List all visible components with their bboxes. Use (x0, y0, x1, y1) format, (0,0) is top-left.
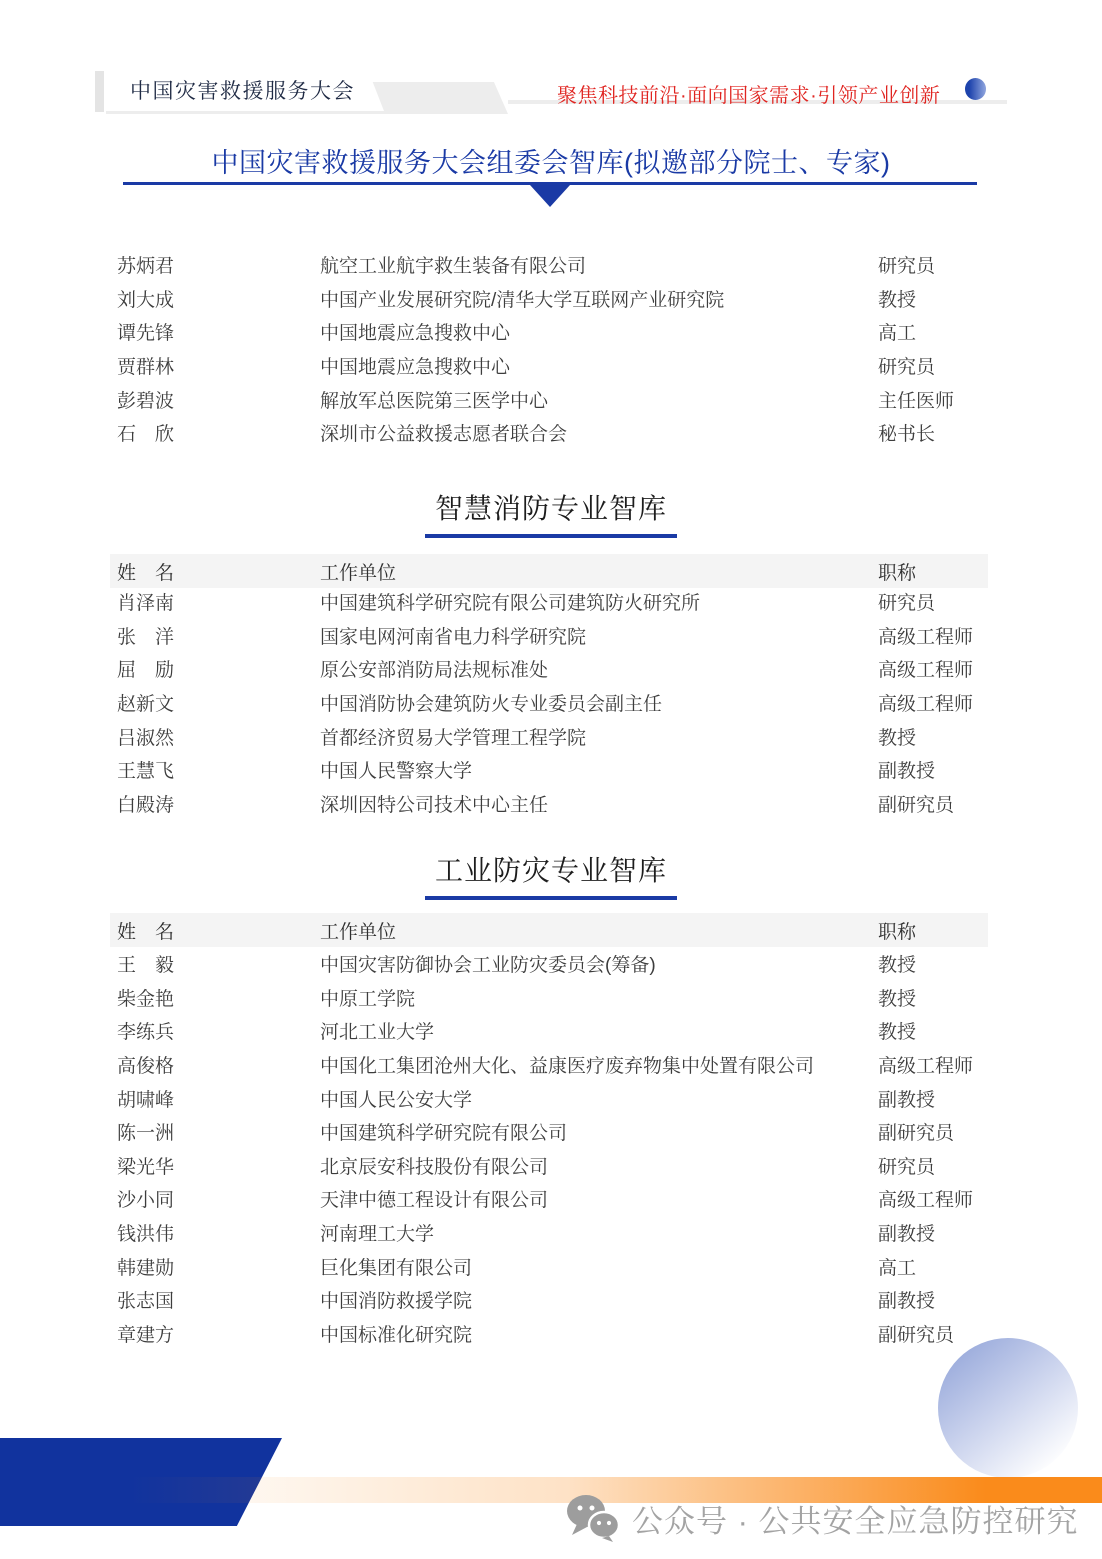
cell-org: 河北工业大学 (320, 1017, 878, 1044)
cell-title: 高工 (878, 1253, 988, 1280)
smart-fire-table-body: 肖泽南 中国建筑科学研究院有限公司建筑防火研究所 研究员 张 洋 国家电网河南省… (110, 585, 988, 820)
cell-name: 章建方 (110, 1320, 320, 1347)
cell-org: 巨化集团有限公司 (320, 1253, 878, 1280)
cell-name: 王 毅 (110, 950, 320, 977)
smart-fire-table: 姓 名 工作单位 职称 (110, 554, 988, 588)
table-row: 张 洋 国家电网河南省电力科学研究院 高级工程师 (110, 619, 988, 653)
table-row: 李练兵 河北工业大学 教授 (110, 1014, 988, 1048)
cell-title: 副研究员 (878, 790, 988, 817)
table-row: 章建方 中国标准化研究院 副研究员 (110, 1317, 988, 1351)
table-row: 王慧飞 中国人民警察大学 副教授 (110, 753, 988, 787)
table-row: 吕淑然 首都经济贸易大学管理工程学院 教授 (110, 719, 988, 753)
cell-name: 沙小同 (110, 1185, 320, 1212)
cell-org: 中国灾害防御协会工业防灾委员会(筹备) (320, 950, 878, 977)
cell-name: 高俊格 (110, 1051, 320, 1078)
cell-org: 深圳市公益救援志愿者联合会 (320, 419, 878, 446)
col-header-org: 工作单位 (320, 917, 878, 944)
cell-title: 研究员 (878, 1152, 988, 1179)
cell-title: 教授 (878, 950, 988, 977)
table-row: 赵新文 中国消防协会建筑防火专业委员会副主任 高级工程师 (110, 686, 988, 720)
watermark-text: 公众号 · 公共安全应急防控研究 (632, 1496, 1079, 1541)
col-header-name: 姓 名 (110, 558, 320, 585)
cell-title: 副研究员 (878, 1118, 988, 1145)
wechat-official-account-icon (566, 1494, 620, 1542)
cell-name: 梁光华 (110, 1152, 320, 1179)
table-row: 彭碧波 解放军总医院第三医学中心 主任医师 (110, 382, 988, 416)
cell-name: 苏炳君 (110, 251, 320, 278)
cell-title: 教授 (878, 285, 988, 312)
cell-name: 韩建勋 (110, 1253, 320, 1280)
col-header-title: 职称 (878, 558, 988, 585)
cell-title: 研究员 (878, 588, 988, 615)
header-dot-icon (965, 78, 986, 100)
cell-org: 中国标准化研究院 (320, 1320, 878, 1347)
cell-title: 高级工程师 (878, 689, 988, 716)
cell-name: 彭碧波 (110, 386, 320, 413)
cell-name: 柴金艳 (110, 984, 320, 1011)
cell-org: 中国人民公安大学 (320, 1085, 878, 1112)
table-row: 钱洪伟 河南理工大学 副教授 (110, 1216, 988, 1250)
cell-org: 北京辰安科技股份有限公司 (320, 1152, 878, 1179)
table-row: 张志国 中国消防救援学院 副教授 (110, 1283, 988, 1317)
cell-title: 研究员 (878, 251, 988, 278)
table-row: 贾群林 中国地震应急搜救中心 研究员 (110, 349, 988, 383)
cell-name: 白殿涛 (110, 790, 320, 817)
cell-org: 中国地震应急搜救中心 (320, 352, 878, 379)
cell-name: 赵新文 (110, 689, 320, 716)
watermark: 公众号 · 公共安全应急防控研究 (566, 1494, 1079, 1542)
cell-org: 河南理工大学 (320, 1219, 878, 1246)
table-row: 屈 励 原公安部消防局法规标准处 高级工程师 (110, 652, 988, 686)
table-row: 沙小同 天津中德工程设计有限公司 高级工程师 (110, 1182, 988, 1216)
cell-title: 高级工程师 (878, 1051, 988, 1078)
table-row: 梁光华 北京辰安科技股份有限公司 研究员 (110, 1149, 988, 1183)
cell-org: 原公安部消防局法规标准处 (320, 655, 878, 682)
cell-title: 副研究员 (878, 1320, 988, 1347)
cell-title: 教授 (878, 723, 988, 750)
cell-name: 肖泽南 (110, 588, 320, 615)
cell-name: 张 洋 (110, 622, 320, 649)
table-row: 谭先锋 中国地震应急搜救中心 高工 (110, 315, 988, 349)
col-header-name: 姓 名 (110, 917, 320, 944)
cell-title: 高级工程师 (878, 655, 988, 682)
cell-org: 天津中德工程设计有限公司 (320, 1185, 878, 1212)
cell-title: 副教授 (878, 1286, 988, 1313)
brand-box: 中国灾害救援服务大会 (104, 68, 384, 111)
cell-name: 刘大成 (110, 285, 320, 312)
cell-org: 中原工学院 (320, 984, 878, 1011)
cell-org: 航空工业航宇救生装备有限公司 (320, 251, 878, 278)
table-row: 韩建勋 巨化集团有限公司 高工 (110, 1249, 988, 1283)
table-row: 柴金艳 中原工学院 教授 (110, 981, 988, 1015)
table-row: 石 欣 深圳市公益救援志愿者联合会 秘书长 (110, 416, 988, 450)
cell-name: 王慧飞 (110, 756, 320, 783)
cell-name: 贾群林 (110, 352, 320, 379)
page-title: 中国灾害救援服务大会组委会智库(拟邀部分院士、专家) (0, 141, 1102, 180)
cell-org: 中国产业发展研究院/清华大学互联网产业研究院 (320, 285, 878, 312)
cell-org: 深圳因特公司技术中心主任 (320, 790, 878, 817)
cell-title: 教授 (878, 1017, 988, 1044)
table-row: 高俊格 中国化工集团沧州大化、益康医疗废弃物集中处置有限公司 高级工程师 (110, 1048, 988, 1082)
cell-name: 陈一洲 (110, 1118, 320, 1145)
cell-title: 高级工程师 (878, 622, 988, 649)
cell-name: 谭先锋 (110, 318, 320, 345)
cell-org: 中国消防救援学院 (320, 1286, 878, 1313)
section-heading-smart-fire: 智慧消防专业智库 (0, 487, 1102, 538)
cell-name: 胡啸峰 (110, 1085, 320, 1112)
header-slogan: 聚焦科技前沿·面向国家需求·引领产业创新 (557, 79, 961, 108)
table-row: 白殿涛 深圳因特公司技术中心主任 副研究员 (110, 787, 988, 821)
cell-title: 主任医师 (878, 386, 988, 413)
cell-title: 研究员 (878, 352, 988, 379)
cell-org: 首都经济贸易大学管理工程学院 (320, 723, 878, 750)
cell-title: 高工 (878, 318, 988, 345)
brand-title: 中国灾害救援服务大会 (130, 75, 355, 105)
table-row: 苏炳君 航空工业航宇救生装备有限公司 研究员 (110, 248, 988, 282)
cell-name: 李练兵 (110, 1017, 320, 1044)
industrial-table-body: 王 毅 中国灾害防御协会工业防灾委员会(筹备) 教授 柴金艳 中原工学院 教授 … (110, 947, 988, 1350)
committee-table: 苏炳君 航空工业航宇救生装备有限公司 研究员 刘大成 中国产业发展研究院/清华大… (110, 248, 988, 450)
cell-org: 中国消防协会建筑防火专业委员会副主任 (320, 689, 878, 716)
cell-title: 高级工程师 (878, 1185, 988, 1212)
document-page: 中国灾害救援服务大会 聚焦科技前沿·面向国家需求·引领产业创新 中国灾害救援服务… (0, 0, 1102, 1559)
header-accent-bar (95, 71, 104, 112)
cell-org: 国家电网河南省电力科学研究院 (320, 622, 878, 649)
cell-org: 解放军总医院第三医学中心 (320, 386, 878, 413)
cell-org: 中国建筑科学研究院有限公司建筑防火研究所 (320, 588, 878, 615)
cell-org: 中国化工集团沧州大化、益康医疗废弃物集中处置有限公司 (320, 1051, 878, 1078)
cell-title: 秘书长 (878, 419, 988, 446)
col-header-title: 职称 (878, 917, 988, 944)
cell-name: 张志国 (110, 1286, 320, 1313)
table-header-row: 姓 名 工作单位 职称 (110, 554, 988, 588)
table-header-row: 姓 名 工作单位 职称 (110, 913, 988, 947)
cell-org: 中国地震应急搜救中心 (320, 318, 878, 345)
cell-title: 副教授 (878, 1219, 988, 1246)
cell-name: 吕淑然 (110, 723, 320, 750)
section-heading-industrial: 工业防灾专业智库 (0, 849, 1102, 900)
cell-name: 石 欣 (110, 419, 320, 446)
col-header-org: 工作单位 (320, 558, 878, 585)
cell-name: 钱洪伟 (110, 1219, 320, 1246)
cell-org: 中国人民警察大学 (320, 756, 878, 783)
cell-title: 副教授 (878, 756, 988, 783)
industrial-table: 姓 名 工作单位 职称 (110, 913, 988, 947)
gradient-circle-decoration (938, 1338, 1078, 1478)
cell-org: 中国建筑科学研究院有限公司 (320, 1118, 878, 1145)
table-row: 肖泽南 中国建筑科学研究院有限公司建筑防火研究所 研究员 (110, 585, 988, 619)
cell-title: 教授 (878, 984, 988, 1011)
table-row: 刘大成 中国产业发展研究院/清华大学互联网产业研究院 教授 (110, 282, 988, 316)
table-row: 胡啸峰 中国人民公安大学 副教授 (110, 1081, 988, 1115)
cell-name: 屈 励 (110, 655, 320, 682)
cell-title: 副教授 (878, 1085, 988, 1112)
table-row: 陈一洲 中国建筑科学研究院有限公司 副研究员 (110, 1115, 988, 1149)
table-row: 王 毅 中国灾害防御协会工业防灾委员会(筹备) 教授 (110, 947, 988, 981)
down-triangle-icon (530, 185, 570, 207)
